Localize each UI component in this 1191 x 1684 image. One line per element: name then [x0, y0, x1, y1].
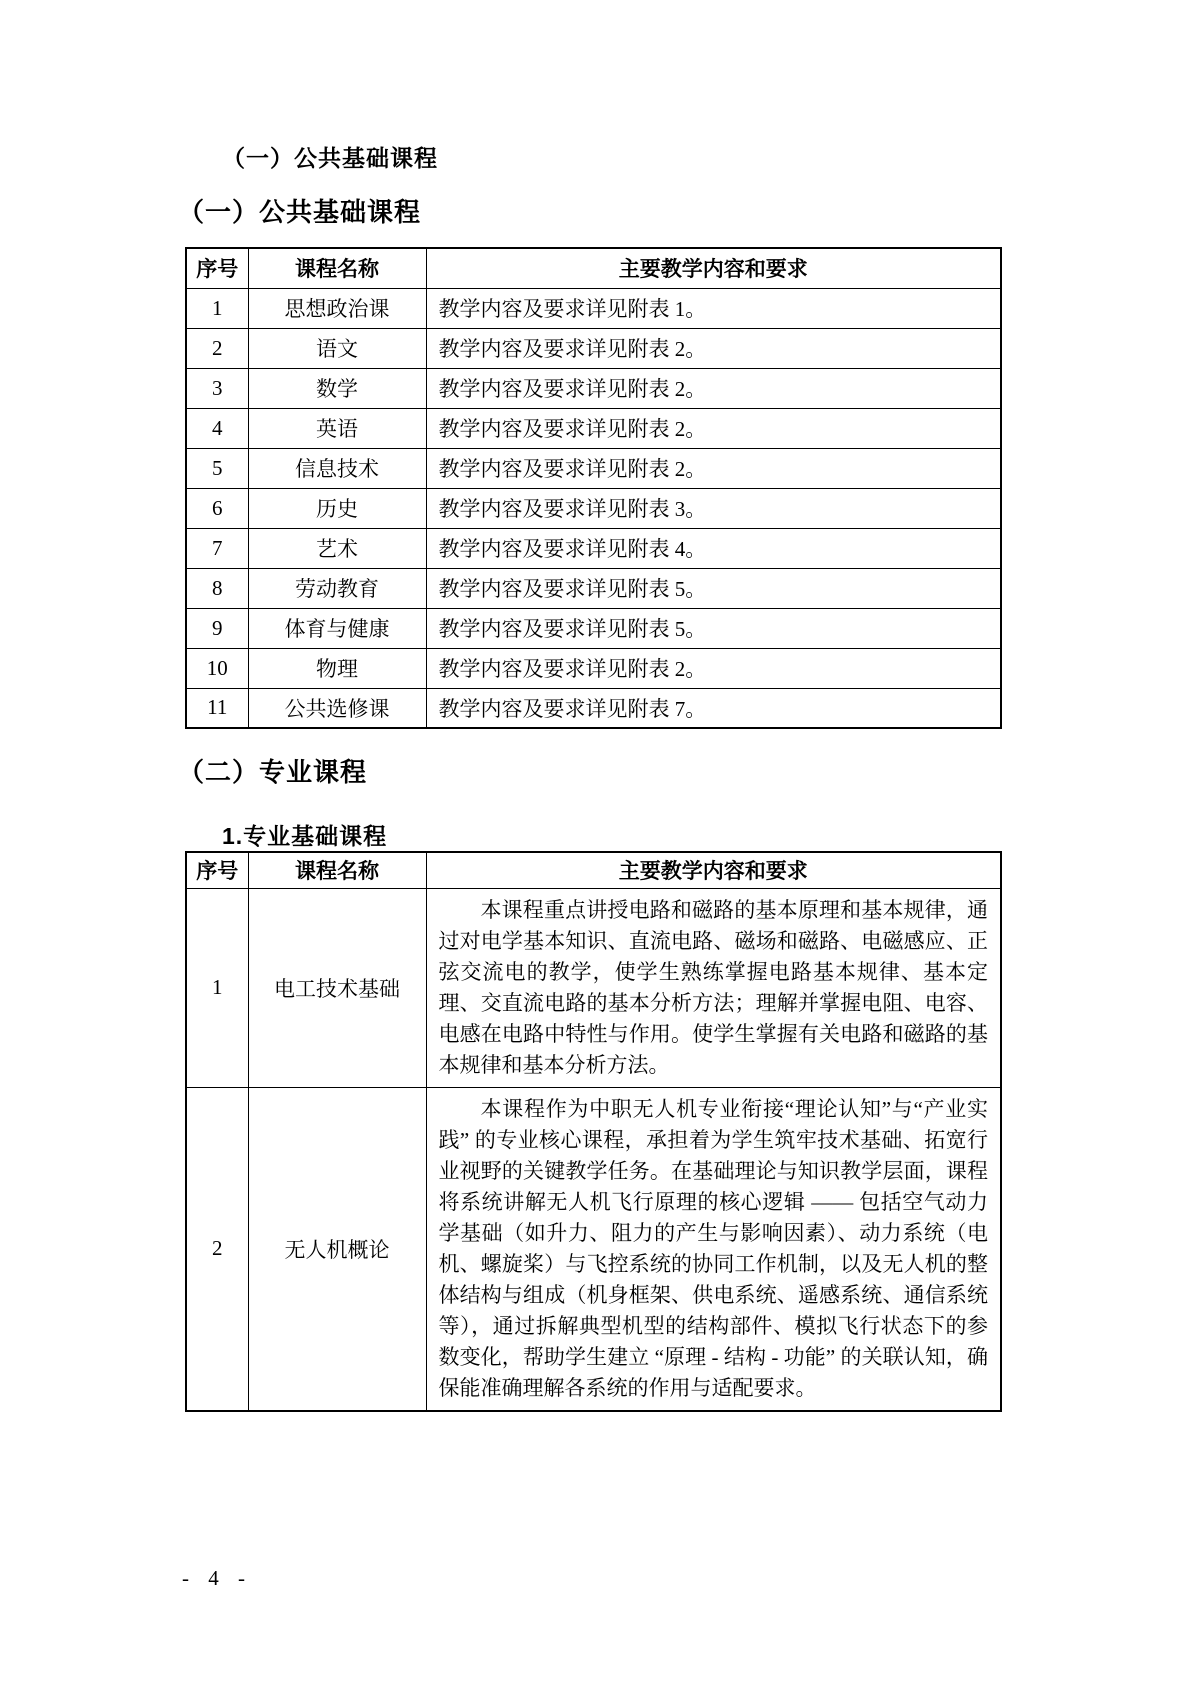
- table-row: 2 语文 教学内容及要求详见附表 2。: [186, 328, 1001, 368]
- course-content-cell: 教学内容及要求详见附表 4。: [426, 528, 1001, 568]
- row-number-cell: 7: [186, 528, 248, 568]
- course-content-cell: 本课程重点讲授电路和磁路的基本原理和基本规律，通过对电学基本知识、直流电路、磁场…: [426, 888, 1001, 1087]
- course-name-cell: 无人机概论: [248, 1087, 426, 1411]
- table-row: 9 体育与健康 教学内容及要求详见附表 5。: [186, 608, 1001, 648]
- course-name-cell: 数学: [248, 368, 426, 408]
- section-heading-public-courses: （一）公共基础课程: [178, 192, 421, 229]
- course-content-cell: 教学内容及要求详见附表 5。: [426, 608, 1001, 648]
- page-number: - 4 -: [182, 1566, 247, 1591]
- course-content-cell: 教学内容及要求详见附表 1。: [426, 288, 1001, 328]
- header-cell-number: 序号: [186, 852, 248, 888]
- course-name-cell: 英语: [248, 408, 426, 448]
- course-content-cell: 教学内容及要求详见附表 2。: [426, 368, 1001, 408]
- header-cell-course-name: 课程名称: [248, 852, 426, 888]
- table-row: 2 无人机概论 本课程作为中职无人机专业衔接“理论认知”与“产业实践” 的专业核…: [186, 1087, 1001, 1411]
- row-number-cell: 10: [186, 648, 248, 688]
- table-row: 1 电工技术基础 本课程重点讲授电路和磁路的基本原理和基本规律，通过对电学基本知…: [186, 888, 1001, 1087]
- table-header-row: 序号 课程名称 主要教学内容和要求: [186, 852, 1001, 888]
- table-row: 11 公共选修课 教学内容及要求详见附表 7。: [186, 688, 1001, 728]
- course-name-cell: 电工技术基础: [248, 888, 426, 1087]
- row-number-cell: 4: [186, 408, 248, 448]
- public-courses-table-header: 序号 课程名称 主要教学内容和要求: [186, 248, 1001, 288]
- course-content-cell: 教学内容及要求详见附表 2。: [426, 328, 1001, 368]
- table-row: 3 数学 教学内容及要求详见附表 2。: [186, 368, 1001, 408]
- course-content-cell: 本课程作为中职无人机专业衔接“理论认知”与“产业实践” 的专业核心课程，承担着为…: [426, 1087, 1001, 1411]
- course-content-cell: 教学内容及要求详见附表 2。: [426, 448, 1001, 488]
- row-number-cell: 9: [186, 608, 248, 648]
- course-name-cell: 信息技术: [248, 448, 426, 488]
- table-row: 5 信息技术 教学内容及要求详见附表 2。: [186, 448, 1001, 488]
- course-name-cell: 艺术: [248, 528, 426, 568]
- course-name-cell: 劳动教育: [248, 568, 426, 608]
- course-name-cell: 历史: [248, 488, 426, 528]
- table-row: 1 思想政治课 教学内容及要求详见附表 1。: [186, 288, 1001, 328]
- header-cell-content: 主要教学内容和要求: [426, 248, 1001, 288]
- header-cell-number: 序号: [186, 248, 248, 288]
- course-content-cell: 教学内容及要求详见附表 2。: [426, 408, 1001, 448]
- course-name-cell: 物理: [248, 648, 426, 688]
- row-number-cell: 1: [186, 288, 248, 328]
- course-content-cell: 教学内容及要求详见附表 5。: [426, 568, 1001, 608]
- professional-courses-table-body: 1 电工技术基础 本课程重点讲授电路和磁路的基本原理和基本规律，通过对电学基本知…: [186, 888, 1001, 1411]
- table-row: 10 物理 教学内容及要求详见附表 2。: [186, 648, 1001, 688]
- course-content-cell: 教学内容及要求详见附表 2。: [426, 648, 1001, 688]
- row-number-cell: 6: [186, 488, 248, 528]
- course-name-cell: 思想政治课: [248, 288, 426, 328]
- course-name-cell: 体育与健康: [248, 608, 426, 648]
- table-row: 4 英语 教学内容及要求详见附表 2。: [186, 408, 1001, 448]
- public-courses-table: 序号 课程名称 主要教学内容和要求 1 思想政治课 教学内容及要求详见附表 1。…: [185, 247, 1002, 729]
- table-row: 7 艺术 教学内容及要求详见附表 4。: [186, 528, 1001, 568]
- row-number-cell: 11: [186, 688, 248, 728]
- course-name-cell: 语文: [248, 328, 426, 368]
- table-header-row: 序号 课程名称 主要教学内容和要求: [186, 248, 1001, 288]
- professional-courses-table: 序号 课程名称 主要教学内容和要求 1 电工技术基础 本课程重点讲授电路和磁路的…: [185, 851, 1002, 1412]
- course-content-cell: 教学内容及要求详见附表 3。: [426, 488, 1001, 528]
- section-heading-public-courses-bold: （一）公共基础课程: [222, 140, 438, 173]
- header-cell-course-name: 课程名称: [248, 248, 426, 288]
- header-cell-content: 主要教学内容和要求: [426, 852, 1001, 888]
- row-number-cell: 2: [186, 328, 248, 368]
- public-courses-table-body: 1 思想政治课 教学内容及要求详见附表 1。 2 语文 教学内容及要求详见附表 …: [186, 288, 1001, 728]
- row-number-cell: 1: [186, 888, 248, 1087]
- row-number-cell: 2: [186, 1087, 248, 1411]
- course-content-cell: 教学内容及要求详见附表 7。: [426, 688, 1001, 728]
- document-page: （一）公共基础课程 （一）公共基础课程 序号 课程名称 主要教学内容和要求 1 …: [0, 0, 1191, 1684]
- row-number-cell: 8: [186, 568, 248, 608]
- row-number-cell: 3: [186, 368, 248, 408]
- subsection-heading-professional-basic-courses: 1.专业基础课程: [222, 818, 387, 851]
- professional-courses-table-header: 序号 课程名称 主要教学内容和要求: [186, 852, 1001, 888]
- table-row: 8 劳动教育 教学内容及要求详见附表 5。: [186, 568, 1001, 608]
- row-number-cell: 5: [186, 448, 248, 488]
- course-name-cell: 公共选修课: [248, 688, 426, 728]
- table-row: 6 历史 教学内容及要求详见附表 3。: [186, 488, 1001, 528]
- section-heading-professional-courses: （二）专业课程: [178, 752, 367, 789]
